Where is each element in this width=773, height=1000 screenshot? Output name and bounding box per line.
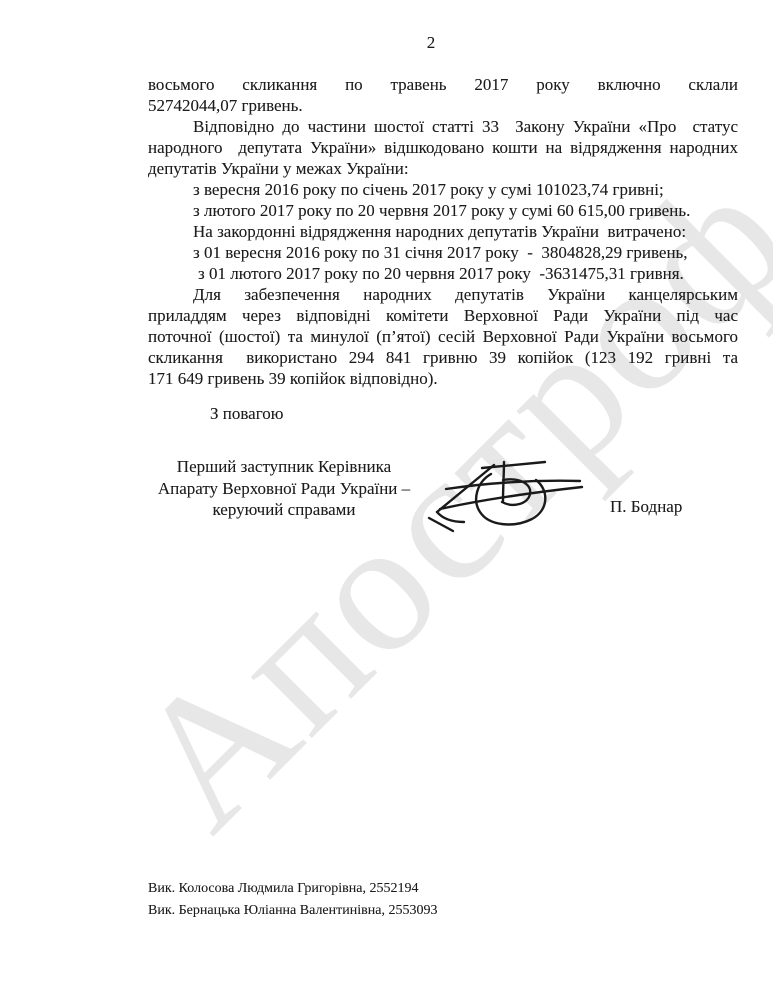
body-line: Для забезпечення народних депутатів Укра… bbox=[148, 284, 738, 305]
executor-line: Вик. Бернацька Юліанна Валентинівна, 255… bbox=[148, 900, 437, 922]
page-number: 2 bbox=[148, 33, 714, 53]
signatory-position: Перший заступник Керівника Апарату Верхо… bbox=[138, 456, 430, 521]
executors-footer: Вик. Колосова Людмила Григорівна, 255219… bbox=[148, 878, 437, 921]
signature-scribble-icon bbox=[424, 455, 584, 537]
body-line: скликання використано 294 841 гривню 39 … bbox=[148, 347, 738, 368]
scanned-document-page: { "page": { "number": "2", "watermark_te… bbox=[0, 0, 773, 1000]
executor-line: Вик. Колосова Людмила Григорівна, 255219… bbox=[148, 878, 437, 900]
body-line: приладдям через відповідні комітети Верх… bbox=[148, 305, 738, 326]
document-body: восьмого скликання по травень 2017 року … bbox=[148, 74, 738, 389]
position-line: Перший заступник Керівника bbox=[138, 456, 430, 478]
body-line: 52742044,07 гривень. bbox=[148, 95, 738, 116]
body-line: поточної (шостої) та минулої (п’ятої) се… bbox=[148, 326, 738, 347]
body-line: На закордонні відрядження народних депут… bbox=[148, 221, 738, 242]
body-line: народного депутата України» відшкодовано… bbox=[148, 137, 738, 158]
body-line: з вересня 2016 року по січень 2017 року … bbox=[148, 179, 738, 200]
body-line: з 01 лютого 2017 року по 20 червня 2017 … bbox=[148, 263, 738, 284]
body-line: восьмого скликання по травень 2017 року … bbox=[148, 74, 738, 95]
body-line: 171 649 гривень 39 копійок відповідно). bbox=[148, 368, 738, 389]
signatory-name: П. Боднар bbox=[610, 497, 682, 517]
closing-salutation: З повагою bbox=[210, 404, 283, 424]
position-line: Апарату Верховної Ради України – bbox=[138, 478, 430, 500]
body-line: депутатів України у межах України: bbox=[148, 158, 738, 179]
body-line: з лютого 2017 року по 20 червня 2017 рок… bbox=[148, 200, 738, 221]
body-line: з 01 вересня 2016 року по 31 січня 2017 … bbox=[148, 242, 738, 263]
body-line: Відповідно до частини шостої статті 33 З… bbox=[148, 116, 738, 137]
position-line: керуючий справами bbox=[138, 499, 430, 521]
